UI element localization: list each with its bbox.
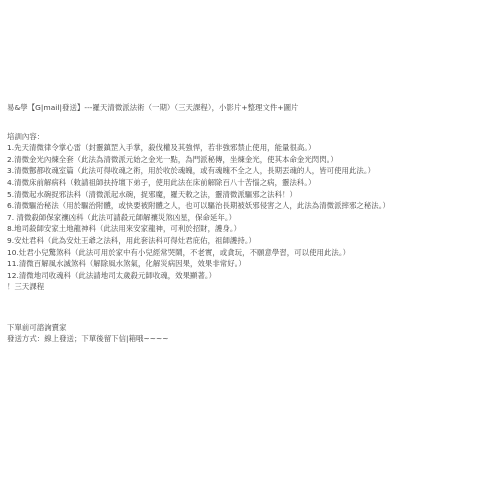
course-item: 4.清微床前解病科（敕請祖師扶持壇下弟子，使用此法在床前解除百八十苦惱之病，靈法… — [7, 177, 489, 189]
listing-title: 易&學【G|mail|發送】---羅天清微派法術（一期）（三天課程），小影片+整… — [7, 102, 489, 114]
course-item: 2.清微金光內煉全套（此法為清微派元始之金光一點，為門派秘傳，坐煉金光，使其本命… — [7, 154, 489, 166]
course-item: 1.先天清微律令掌心雷（封靈鎮罡入手掌，殺伐權及其強悍，若非強邪禁止使用，能量很… — [7, 142, 489, 154]
course-item: 5.清微起水碗捉邪法科（清微派起水碗，捉邪魔，羅天敕之法，靈清微派驅邪之法科！） — [7, 189, 489, 201]
spacer — [7, 293, 489, 310]
course-duration-note: ！三天課程 — [7, 281, 489, 293]
course-item: 11.清微百解風水滅煞科（解除風水煞氣，化解災病因果，效果非常好。） — [7, 258, 489, 270]
course-item: 6.清微驅治秘法（用於驅治附體，或快要被附體之人，也可以驅治長期被妖邪侵害之人，… — [7, 200, 489, 212]
product-description: 易&學【G|mail|發送】---羅天清微派法術（一期）（三天課程），小影片+整… — [7, 102, 489, 345]
contact-seller-note: 下單前可諮詢賣家 — [7, 322, 489, 334]
course-item: 3.清微鄷都收魂室篇（此法可得收魂之術，用於收於魂魄，或有魂魄不全之人，長期丟魂… — [7, 165, 489, 177]
delivery-method-note: 發送方式：線上發送；下單後留下信|箱哦~~~~ — [7, 333, 489, 345]
section-heading: 培訓內容： — [7, 131, 489, 143]
spacer — [7, 310, 489, 322]
course-item-list: 1.先天清微律令掌心雷（封靈鎮罡入手掌，殺伐權及其強悍，若非強邪禁止使用，能量很… — [7, 142, 489, 293]
course-item: 10.灶君小兒驚煞科（此法可用於家中有小兒經常哭鬧，不老實，或貪玩，不願意學習，… — [7, 247, 489, 259]
course-item: 7. 清微殺師保家禳凶科（此法可請殺元師解禳災煞凶星，保命延年。） — [7, 212, 489, 224]
course-item: 9.安灶君科（此為安灶王爺之法科，用此套法科可得灶君庇佑，祖師護持。） — [7, 235, 489, 247]
spacer — [7, 114, 489, 131]
course-item: 8.地司殺師安家土地龍神科（此法用來安家龍神，可利於招財，護身。） — [7, 223, 489, 235]
course-item: 12.清微地司收魂科（此法請地司太歲殺元師收魂，效果顯著。） — [7, 270, 489, 282]
